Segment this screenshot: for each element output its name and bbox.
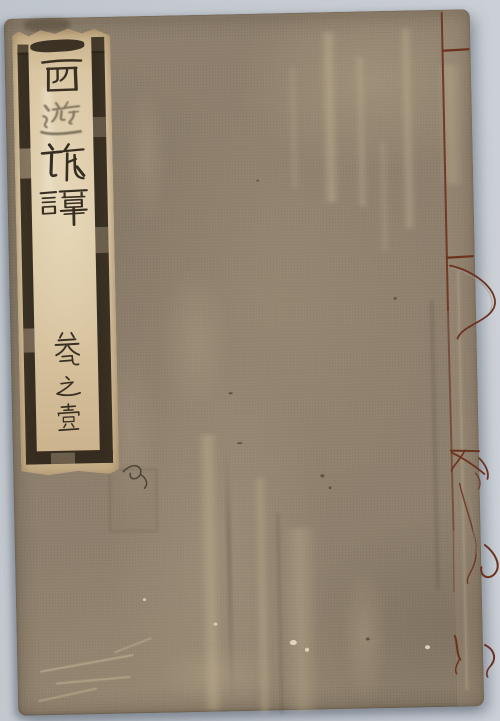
frame-wear-patch bbox=[23, 328, 35, 352]
frame-wear-patch bbox=[19, 148, 31, 178]
thread-tail-curl bbox=[460, 483, 498, 584]
kanji-ryo-icon bbox=[36, 141, 89, 187]
binding-stitch-top bbox=[442, 49, 468, 51]
title-label-frame bbox=[17, 51, 113, 465]
frame-wear-patch bbox=[51, 453, 75, 465]
photo-backdrop: 西遊旅譚 巻之壹 bbox=[0, 0, 500, 721]
thread-fragments bbox=[451, 473, 494, 678]
frame-wear-patch bbox=[95, 227, 109, 253]
kanji-kan-icon bbox=[48, 330, 86, 369]
kanji-yu-icon bbox=[37, 99, 84, 140]
binding-stitch-middle bbox=[447, 256, 473, 258]
frame-wear-remnant bbox=[91, 37, 104, 53]
kanji-tan-icon bbox=[35, 187, 91, 230]
frame-wear-patch bbox=[93, 117, 106, 137]
binding-thread-vertical bbox=[442, 13, 455, 592]
kanji-sai-icon bbox=[38, 55, 87, 96]
label-torn-top bbox=[30, 38, 85, 53]
label-abrasion bbox=[39, 88, 57, 198]
kanji-ichi-icon bbox=[52, 402, 86, 436]
binding-stitch-lower bbox=[451, 450, 488, 480]
title-label: 西遊旅譚 巻之壹 bbox=[12, 27, 119, 476]
frame-wear-remnant bbox=[17, 44, 28, 54]
thread-loop bbox=[450, 265, 496, 339]
kanji-no-icon bbox=[52, 374, 84, 401]
book-cover: 西遊旅譚 巻之壹 bbox=[4, 9, 484, 716]
